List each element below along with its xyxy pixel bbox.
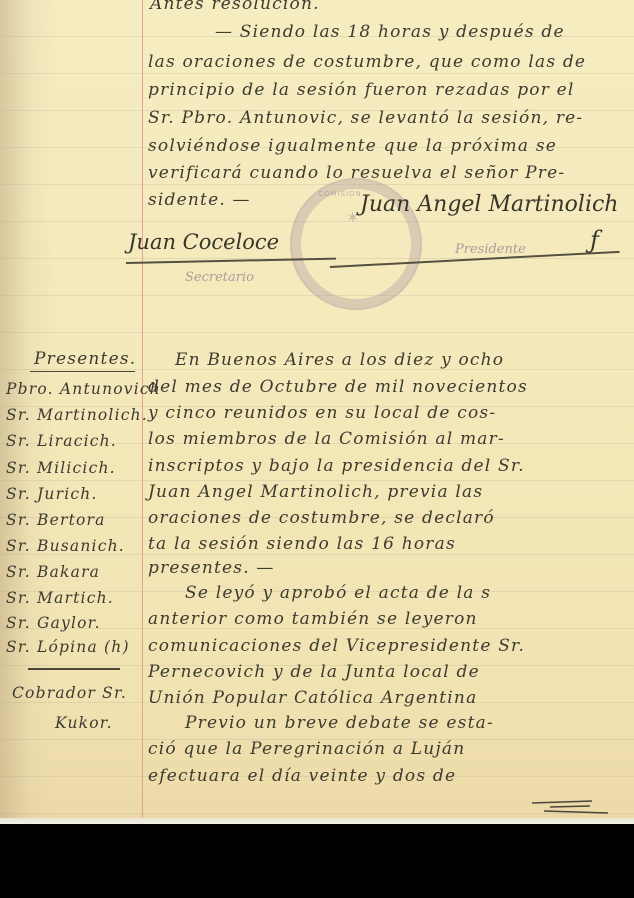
attendee-name: Jurich.	[37, 485, 98, 503]
text-line: Unión Popular Católica Argentina	[148, 688, 477, 708]
attendee-title: Sr.	[6, 614, 31, 632]
text-line: del mes de Octubre de mil novecientos	[148, 377, 528, 397]
attendee-name: Martich.	[37, 589, 114, 607]
attendee-title: Sr.	[6, 638, 31, 656]
text-line: oraciones de costumbre, se declaró	[148, 508, 495, 528]
text-line: Pernecovich y de la Junta local de	[148, 662, 480, 682]
text-line: los miembros de la Comisión al mar-	[148, 429, 505, 449]
attendee-row: Sr. Martinolich.	[6, 406, 148, 424]
attendee-title: Sr.	[6, 485, 31, 503]
attendee-name: Bakara	[37, 563, 100, 581]
text-line: comunicaciones del Vicepresidente Sr.	[148, 636, 525, 656]
attendee-name: Lópina (h)	[37, 638, 130, 656]
page-edge	[0, 818, 634, 824]
president-signature: Juan Angel Martinolich	[360, 192, 618, 217]
text-line: Sr. Pbro. Antunovic, se levantó la sesió…	[148, 108, 583, 128]
attendee-row: Sr. Gaylor.	[6, 614, 101, 632]
seal-star-icon: ✶	[346, 208, 359, 228]
attendee-row: Sr. Jurich.	[6, 485, 98, 503]
document-scan: Antes resolución. — Siendo las 18 horas …	[0, 0, 634, 898]
attendee-row: Sr. Liracich.	[6, 432, 117, 450]
attendee-title: Pbro.	[6, 380, 54, 398]
attendee-name: Milicich.	[37, 459, 116, 477]
attendee-title: Sr.	[6, 589, 31, 607]
attendee-row: Sr. Martich.	[6, 589, 114, 607]
attendee-title: Sr.	[6, 563, 31, 581]
text-line: — Siendo las 18 horas y después de	[215, 22, 565, 42]
attendee-title: Sr.	[6, 432, 31, 450]
text-line: En Buenos Aires a los diez y ocho	[175, 350, 504, 370]
text-line: Antes resolución.	[150, 0, 320, 14]
ledger-page: Antes resolución. — Siendo las 18 horas …	[0, 0, 634, 822]
attendee-row: Sr. Bakara	[6, 563, 100, 581]
text-line: presentes. —	[148, 558, 275, 578]
attendee-name: Gaylor.	[37, 614, 101, 632]
text-line: Juan Angel Martinolich, previa las	[148, 482, 483, 502]
secretary-signature: Juan Coceloce	[128, 230, 279, 254]
text-line: inscriptos y bajo la presidencia del Sr.	[148, 456, 525, 476]
heading-underline	[30, 371, 135, 372]
attendee-row: Pbro. Antunovich	[6, 380, 161, 398]
attendees-heading: Presentes.	[34, 349, 136, 369]
secretary-role-stamp: Secretario	[185, 270, 254, 285]
text-line: principio de la sesión fueron rezadas po…	[148, 80, 575, 100]
attendee-name: Liracich.	[37, 432, 117, 450]
text-line: Previo un breve debate se esta-	[185, 713, 494, 733]
collector-name: Kukor.	[55, 714, 113, 732]
president-rubric-flourish: ƒ	[590, 226, 599, 254]
attendee-row: Sr. Lópina (h)	[6, 638, 130, 656]
text-line: efectuara el día veinte y dos de	[148, 766, 456, 786]
attendee-title: Sr.	[6, 459, 31, 477]
attendee-name: Bertora	[37, 511, 106, 529]
text-line: y cinco reunidos en su local de cos-	[148, 403, 496, 423]
text-line: anterior como también se leyeron	[148, 609, 478, 629]
text-line: ció que la Peregrinación a Luján	[148, 739, 465, 759]
attendee-title: Sr.	[6, 406, 31, 424]
attendee-row: Sr. Milicich.	[6, 459, 116, 477]
end-flourish-mark	[530, 800, 610, 814]
text-line: Se leyó y aprobó el acta de la s	[185, 583, 491, 603]
attendee-name: Busanich.	[37, 537, 125, 555]
text-line: solviéndose igualmente que la próxima se	[148, 136, 557, 156]
collector-label: Cobrador Sr.	[12, 684, 127, 702]
text-line: ta la sesión siendo las 16 horas	[148, 534, 456, 554]
attendee-name: Antunovich	[60, 380, 161, 398]
text-line: las oraciones de costumbre, que como las…	[148, 52, 586, 72]
attendee-row: Sr. Bertora	[6, 511, 106, 529]
text-line: sidente. —	[148, 190, 251, 210]
attendee-title: Sr.	[6, 511, 31, 529]
attendee-title: Sr.	[6, 537, 31, 555]
attendee-row: Sr. Busanich.	[6, 537, 125, 555]
attendees-divider	[28, 668, 120, 670]
president-role-stamp: Presidente	[455, 242, 526, 257]
attendee-name: Martinolich.	[37, 406, 148, 424]
